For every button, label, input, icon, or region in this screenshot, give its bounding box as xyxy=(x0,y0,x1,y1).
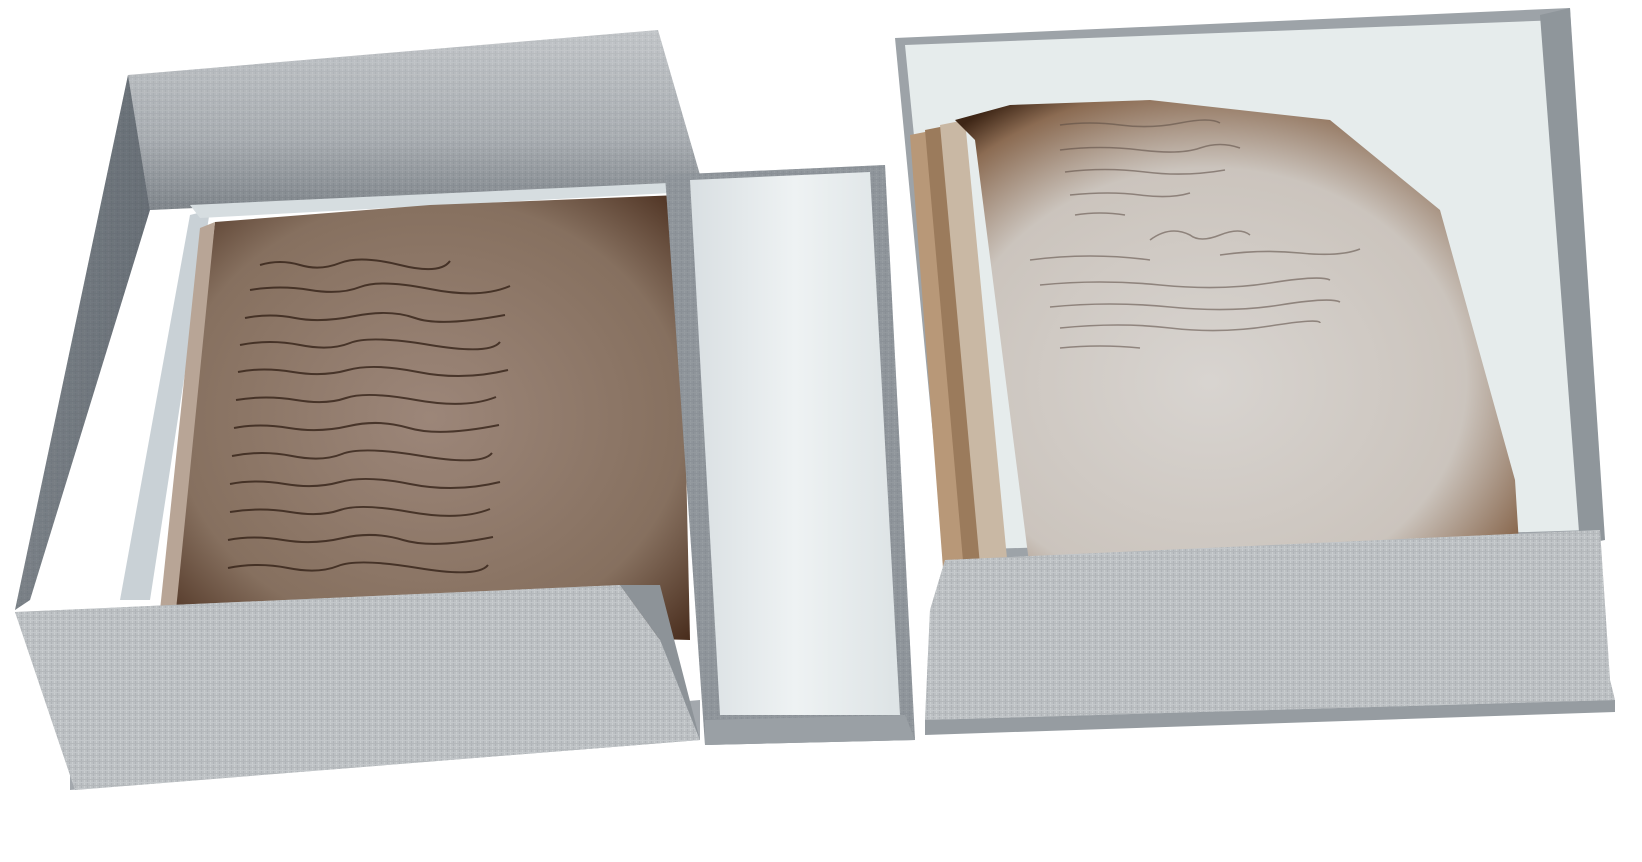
right-front-wall xyxy=(925,530,1615,735)
archival-box-photo xyxy=(0,0,1642,862)
left-manuscript xyxy=(160,195,690,640)
spine xyxy=(665,165,915,745)
left-front-flap xyxy=(15,585,700,790)
